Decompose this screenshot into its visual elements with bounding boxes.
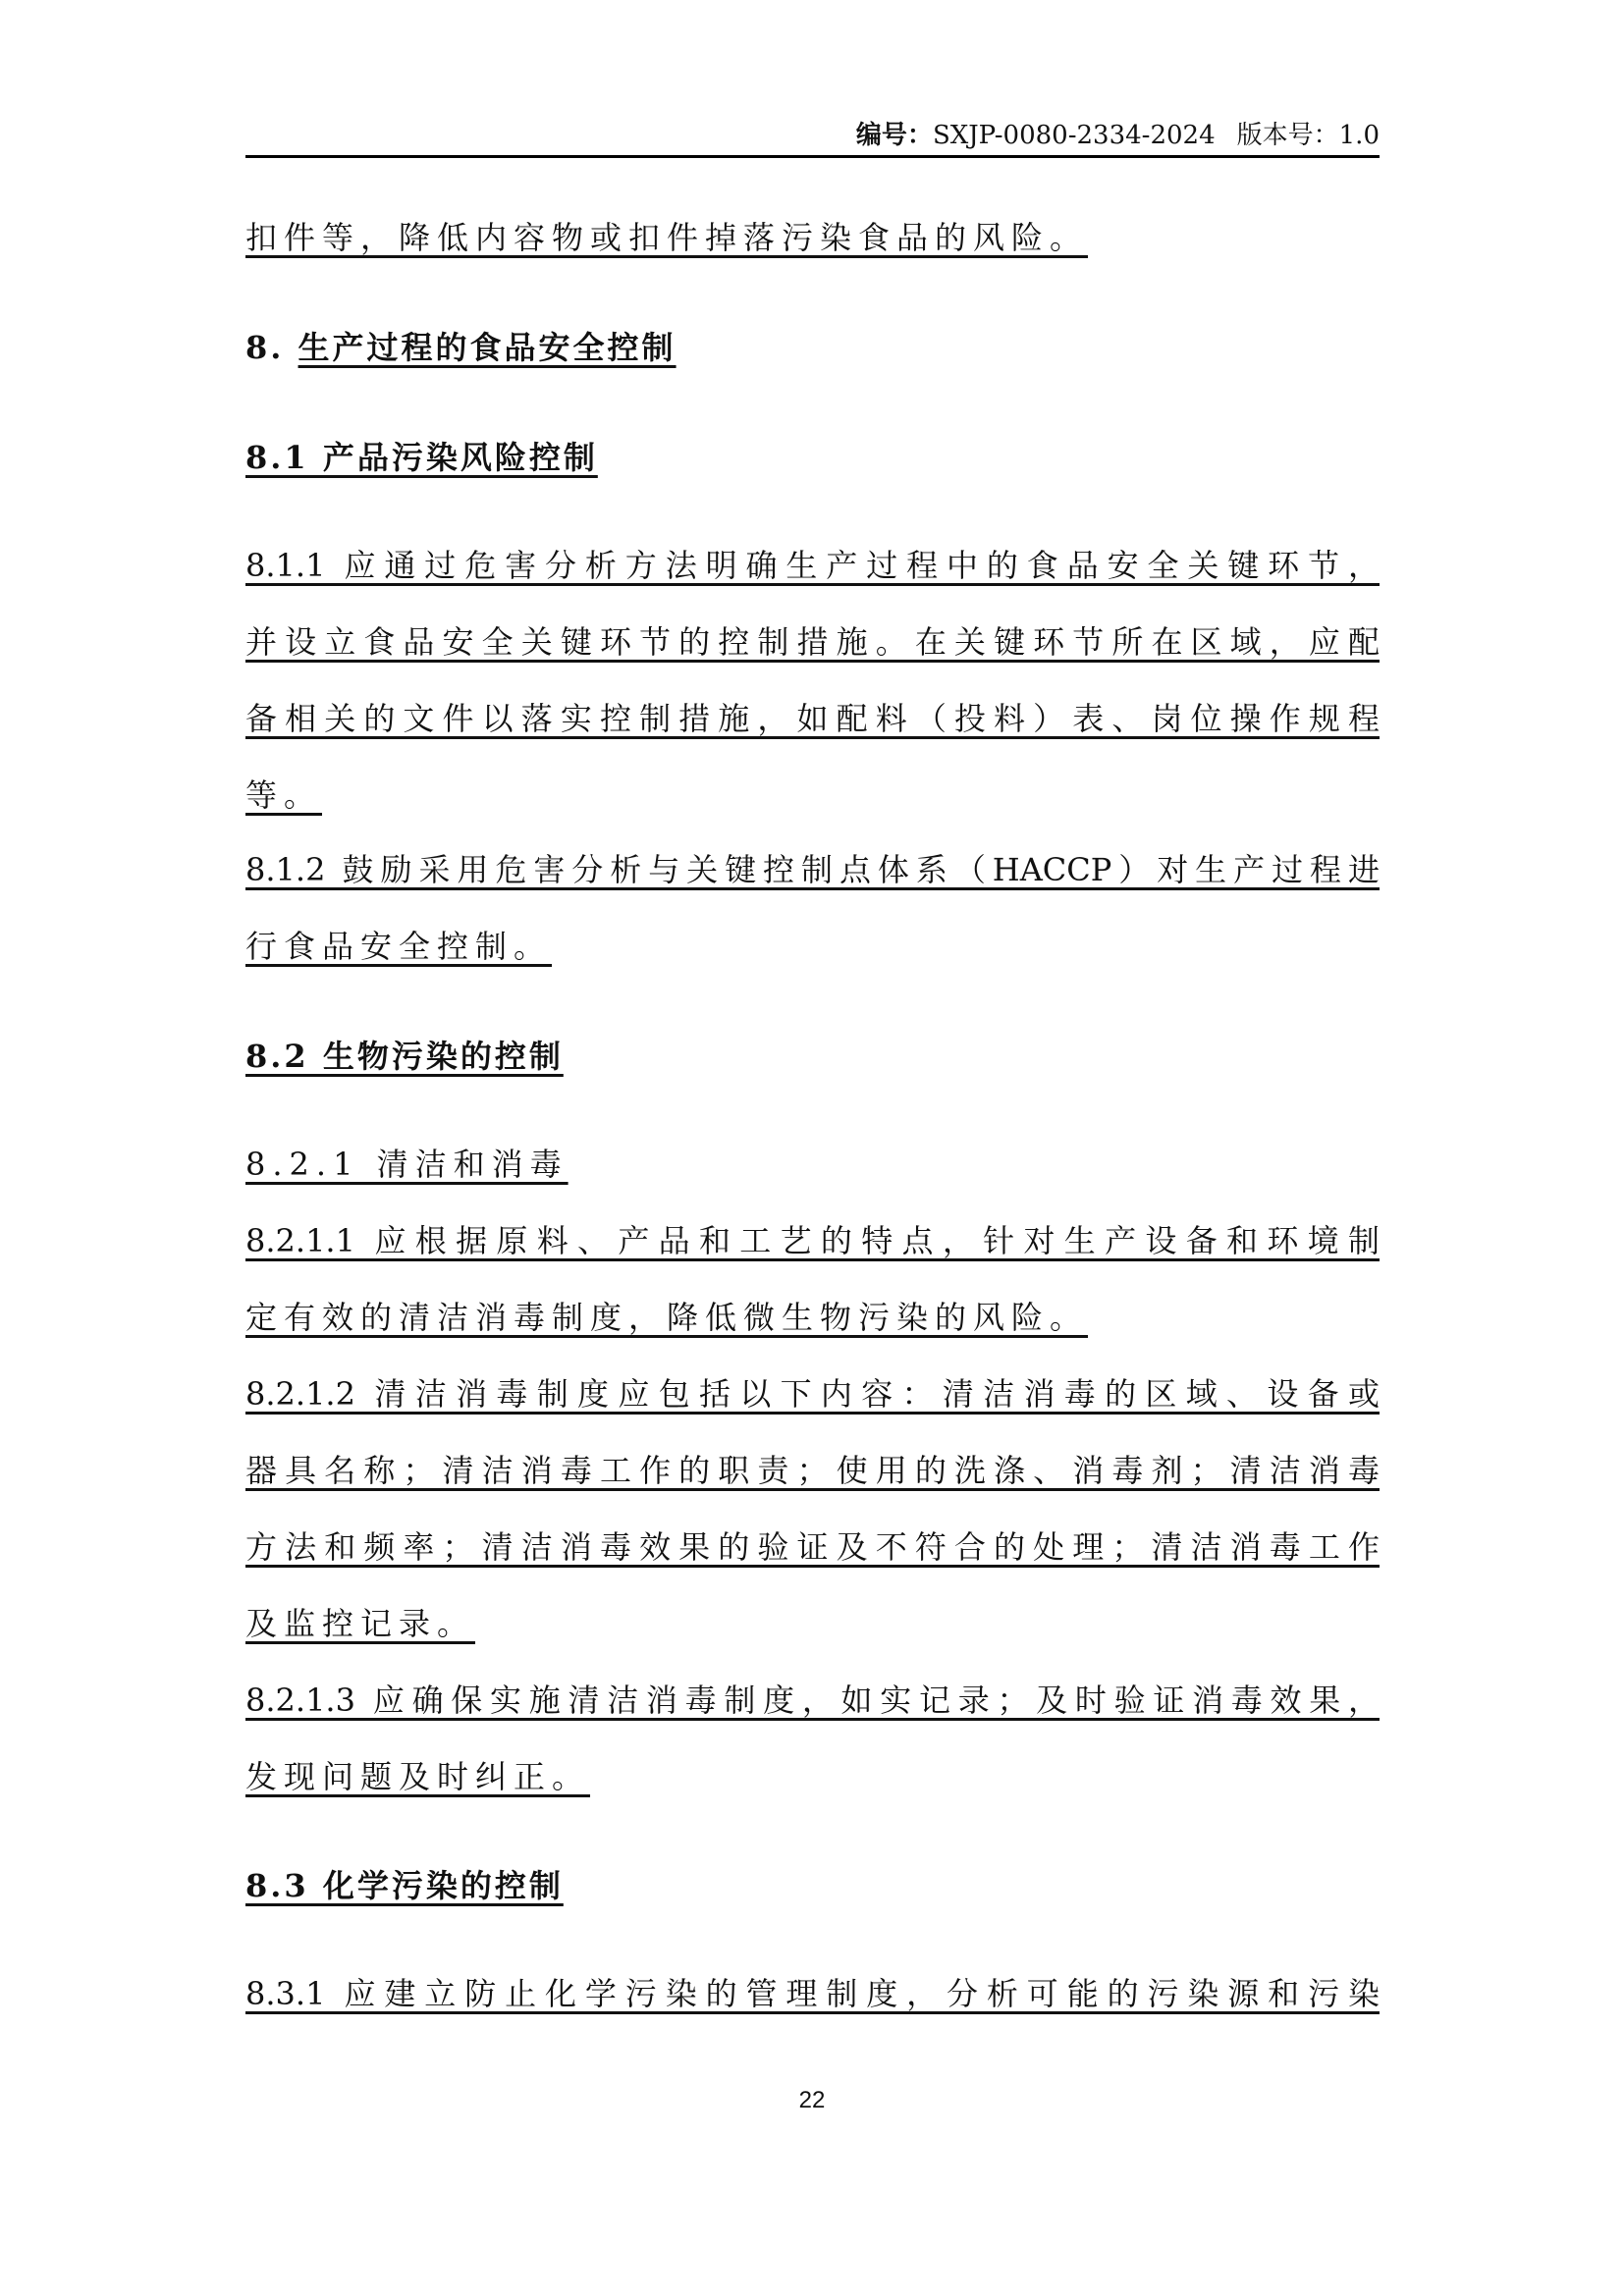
version-label: 版本号：: [1237, 121, 1339, 150]
text-line: 及监控记录。: [245, 1605, 475, 1642]
paragraph-8-1-1-line: 8.1.1 应通过危害分析方法明确生产过程中的食品安全关键环节，: [245, 544, 1380, 589]
text-line: 8.3.1 应建立防止化学污染的管理制度，分析可能的污染源和污染: [245, 1975, 1380, 2012]
text-line: 8.2.1.3 应确保实施清洁消毒制度，如实记录；及时验证消毒效果，: [245, 1682, 1380, 1719]
paragraph-8-1-2-line: 行食品安全控制。: [245, 925, 1380, 970]
paragraph-8-2-1-1-line: 定有效的清洁消毒制度，降低微生物污染的风险。: [245, 1296, 1380, 1341]
paragraph-8-3-1-line: 8.3.1 应建立防止化学污染的管理制度，分析可能的污染源和污染: [245, 1972, 1380, 2017]
text-line: 扣件等，降低内容物或扣件掉落污染食品的风险。: [245, 219, 1088, 256]
text-line: 8.1.2 鼓励采用危害分析与关键控制点体系（HACCP）对生产过程进: [245, 851, 1380, 888]
subsection-8-2-1: 8.2.1 清洁和消毒: [245, 1143, 1380, 1188]
text-line: 器具名称；清洁消毒工作的职责；使用的洗涤、消毒剂；清洁消毒: [245, 1452, 1380, 1489]
section-heading-8-1: 8.1 产品污染风险控制: [245, 436, 1380, 481]
paragraph-8-1-1-line: 等。: [245, 774, 1380, 819]
section-heading-8: 8. 生产过程的食品安全控制: [245, 326, 1380, 371]
heading-text: 8.2 生物污染的控制: [245, 1038, 564, 1075]
heading-text: 8.1 产品污染风险控制: [245, 439, 598, 476]
section-number: 8.: [245, 329, 284, 366]
heading-text: 8.3 化学污染的控制: [245, 1867, 564, 1904]
continued-paragraph: 扣件等，降低内容物或扣件掉落污染食品的风险。: [245, 216, 1380, 261]
paragraph-8-2-1-1-line: 8.2.1.1 应根据原料、产品和工艺的特点，针对生产设备和环境制: [245, 1219, 1380, 1264]
text-line: 8.1.1 应通过危害分析方法明确生产过程中的食品安全关键环节，: [245, 547, 1380, 584]
paragraph-8-2-1-2-line: 8.2.1.2 清洁消毒制度应包括以下内容：清洁消毒的区域、设备或: [245, 1372, 1380, 1417]
paragraph-8-1-2-line: 8.1.2 鼓励采用危害分析与关键控制点体系（HACCP）对生产过程进: [245, 848, 1380, 893]
doc-number-label: 编号：: [856, 121, 933, 150]
text-line: 方法和频率；清洁消毒效果的验证及不符合的处理；清洁消毒工作: [245, 1528, 1380, 1566]
text-line: 并设立食品安全关键环节的控制措施。在关键环节所在区域，应配: [245, 623, 1380, 661]
paragraph-8-2-1-3-line: 发现问题及时纠正。: [245, 1755, 1380, 1800]
text-line: 发现问题及时纠正。: [245, 1758, 590, 1795]
paragraph-8-2-1-2-line: 方法和频率；清洁消毒效果的验证及不符合的处理；清洁消毒工作: [245, 1525, 1380, 1571]
paragraph-8-2-1-2-line: 器具名称；清洁消毒工作的职责；使用的洗涤、消毒剂；清洁消毒: [245, 1449, 1380, 1494]
text-line: 8.2.1.2 清洁消毒制度应包括以下内容：清洁消毒的区域、设备或: [245, 1375, 1380, 1413]
section-heading-8-3: 8.3 化学污染的控制: [245, 1864, 1380, 1909]
paragraph-8-1-1-line: 并设立食品安全关键环节的控制措施。在关键环节所在区域，应配: [245, 620, 1380, 666]
text-line: 等。: [245, 776, 322, 814]
doc-number-value: SXJP-0080-2334-2024: [933, 121, 1216, 150]
text-line: 定有效的清洁消毒制度，降低微生物污染的风险。: [245, 1299, 1088, 1336]
text-line: 行食品安全控制。: [245, 928, 552, 965]
version-value: 1.0: [1339, 121, 1380, 150]
page-number: 22: [0, 2087, 1624, 2114]
document-header: 编号：SXJP-0080-2334-2024版本号：1.0: [245, 116, 1380, 155]
text-line: 8.2.1.1 应根据原料、产品和工艺的特点，针对生产设备和环境制: [245, 1222, 1380, 1259]
text-line: 备相关的文件以落实控制措施，如配料（投料）表、岗位操作规程: [245, 700, 1380, 737]
section-title: 生产过程的食品安全控制: [298, 329, 677, 366]
paragraph-8-2-1-2-line: 及监控记录。: [245, 1602, 1380, 1647]
text-line: 8.2.1 清洁和消毒: [245, 1146, 568, 1183]
header-rule: [245, 155, 1380, 158]
paragraph-8-2-1-3-line: 8.2.1.3 应确保实施清洁消毒制度，如实记录；及时验证消毒效果，: [245, 1679, 1380, 1724]
paragraph-8-1-1-line: 备相关的文件以落实控制措施，如配料（投料）表、岗位操作规程: [245, 697, 1380, 742]
section-heading-8-2: 8.2 生物污染的控制: [245, 1035, 1380, 1080]
